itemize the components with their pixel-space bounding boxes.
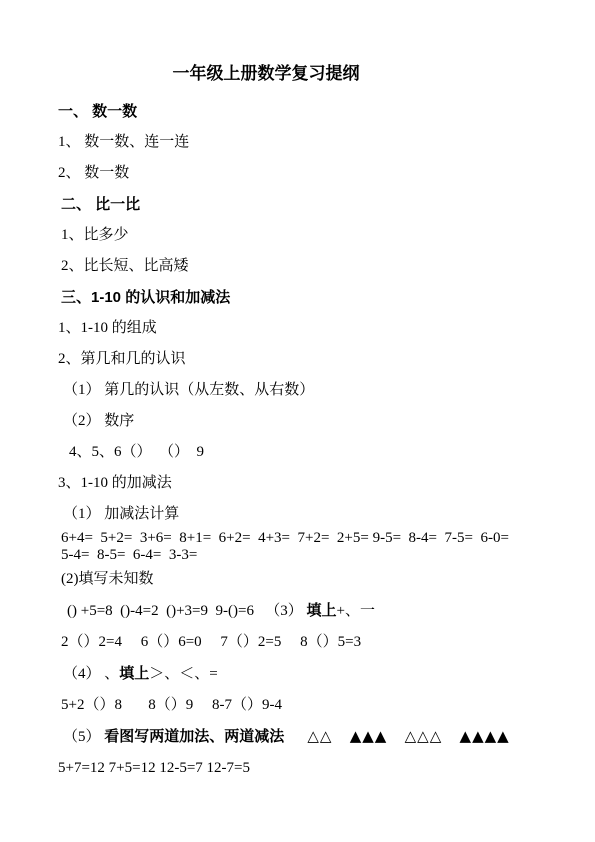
picture-problem-row: （5） 看图写两道加法、两道减法 △△ ▲▲▲ △△△ ▲▲▲▲: [58, 721, 540, 753]
sub5-number: （5）: [63, 729, 104, 745]
section2-item2: 2、比长短、比高矮: [58, 251, 540, 282]
section3-item2: 2、第几和几的认识: [58, 344, 540, 375]
sub3-number: （3）: [254, 603, 307, 619]
sub3-label-bold: 填上: [306, 602, 336, 619]
section3-item3-sub1: （1） 加减法计算: [58, 499, 540, 530]
fact-family-row: 5+7=12 7+5=12 12-5=7 12-7=5: [58, 753, 540, 784]
section3-item3: 3、1-10 的加减法: [58, 468, 540, 499]
section2-heading: 二、 比一比: [58, 189, 540, 220]
section2-item1: 1、比多少: [58, 220, 540, 251]
sub3-label-tail: +、一: [337, 603, 375, 619]
page-title: 一年级上册数学复习提纲: [25, 60, 507, 87]
sub4-label-tail: ＞、＜、=: [149, 666, 217, 682]
sub5-label-bold: 看图写两道加法、两道减法: [104, 728, 284, 745]
section3-heading: 三、1-10 的认识和加减法: [58, 282, 540, 313]
triangle-icons: △△ ▲▲▲ △△△ ▲▲▲▲: [284, 727, 509, 745]
document-page: 一年级上册数学复习提纲 一、 数一数 1、 数一数、连一连 2、 数一数 二、 …: [0, 0, 595, 842]
section1-item2: 2、 数一数: [58, 158, 540, 189]
section3-item3-sub2: (2)填写未知数: [58, 564, 540, 595]
calc-equations-row2: 5-4= 8-5= 6-4= 3-3=: [58, 547, 540, 564]
section1-item1: 1、 数一数、连一连: [58, 127, 540, 158]
unknown-number-equations: () +5=8 ()-4=2 ()+3=9 9-()=6: [67, 603, 254, 619]
compare-heading-row: （4） 、填上＞、＜、=: [58, 658, 540, 690]
section1-heading: 一、 数一数: [58, 96, 540, 127]
section3-item1: 1、1-10 的组成: [58, 313, 540, 344]
section3-item2-sub2: （2） 数序: [58, 406, 540, 437]
calc-equations-row1: 6+4= 5+2= 3+6= 8+1= 6+2= 4+3= 7+2= 2+5= …: [58, 530, 540, 547]
number-sequence-example: 4、5、6（） （） 9: [58, 437, 540, 468]
sub4-label-bold: 填上: [119, 665, 149, 682]
plus-minus-fill-row: 2（）2=4 6（）6=0 7（）2=5 8（）5=3: [58, 627, 540, 658]
sub4-number: （4） 、: [63, 666, 119, 682]
section3-item2-sub1: （1） 第几的认识（从左数、从右数）: [58, 375, 540, 406]
compare-equations-row: 5+2（）8 8（）9 8-7（）9-4: [58, 690, 540, 721]
unknown-number-row: () +5=8 ()-4=2 ()+3=9 9-()=6 （3） 填上+、一: [58, 595, 540, 627]
